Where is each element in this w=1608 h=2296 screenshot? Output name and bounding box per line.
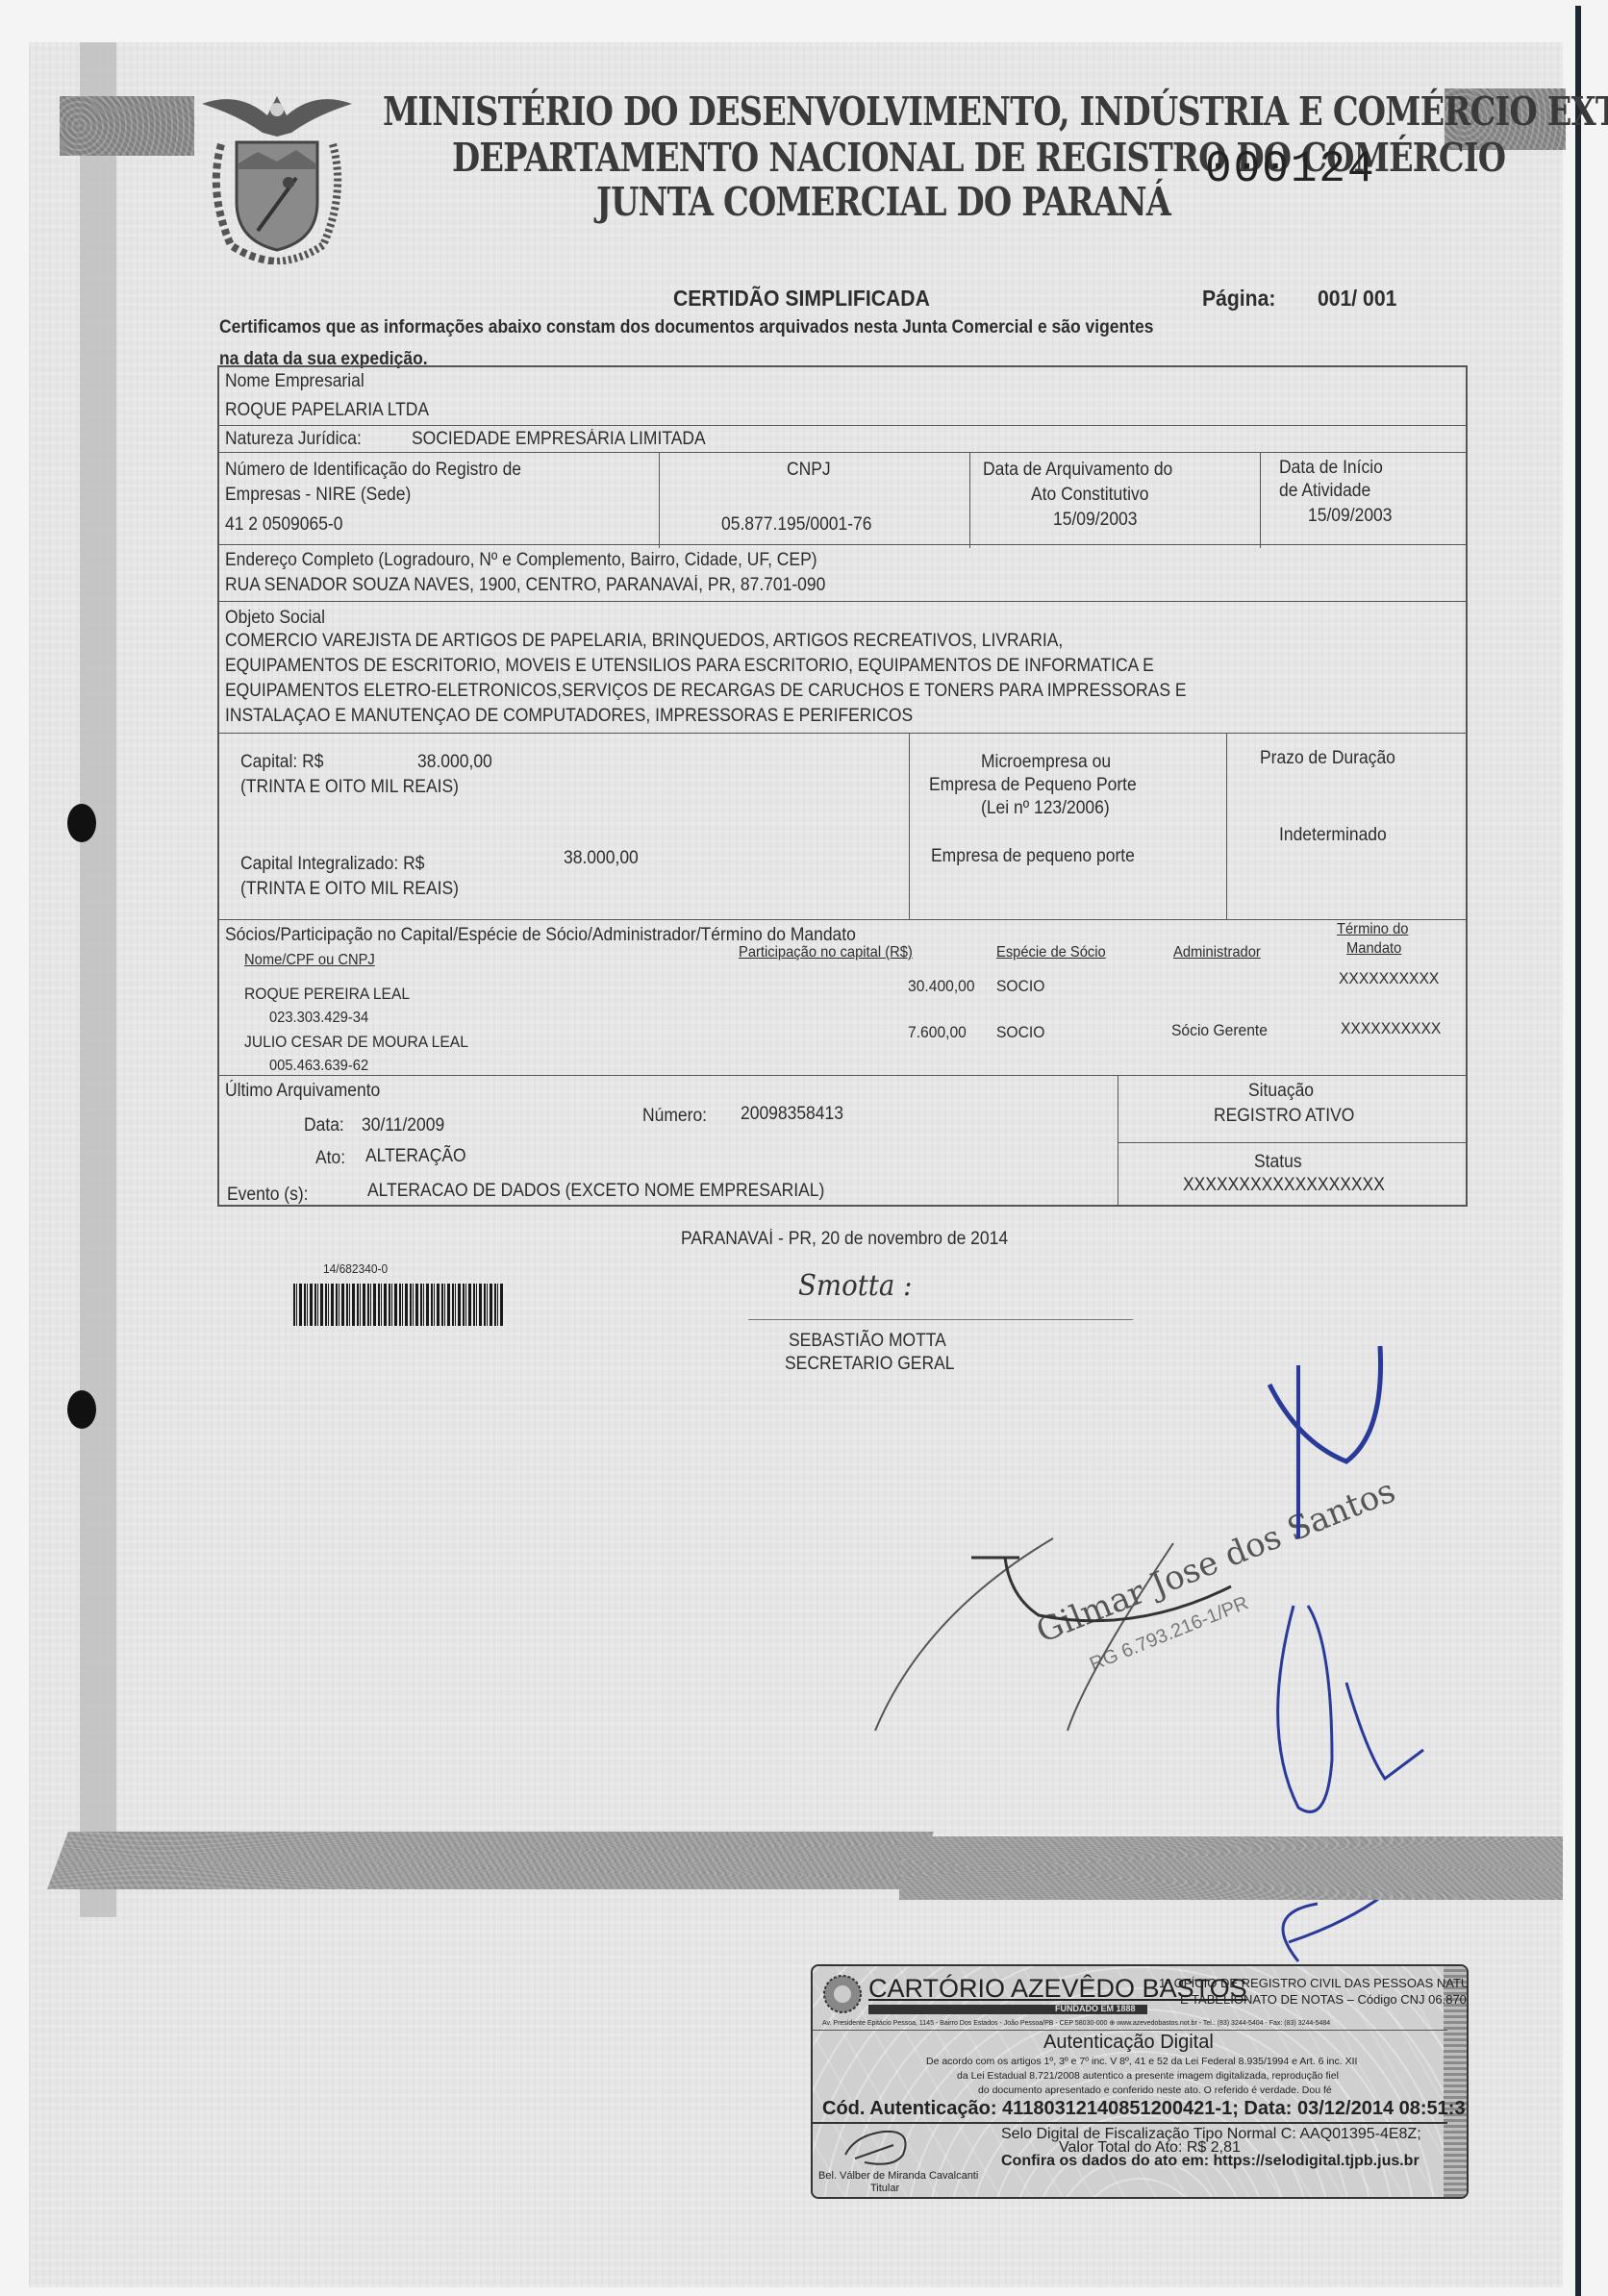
scan-edge [1575, 6, 1581, 2296]
divider [217, 601, 1468, 602]
last-filing-label: Último Arquivamento [225, 1081, 380, 1102]
start-date-value: 15/09/2003 [1308, 506, 1392, 527]
col-term: Término do [1337, 921, 1408, 938]
auth-code: Cód. Autenticação: 41180312140851200421-… [822, 2098, 1469, 2120]
cnpj-label: CNPJ [787, 460, 831, 481]
partner-doc: 023.303.429-34 [269, 1010, 368, 1027]
parana-coat-of-arms-icon [200, 87, 354, 264]
partner-doc: 005.463.639-62 [269, 1058, 368, 1075]
security-band-bottom-left [47, 1832, 934, 1889]
punch-hole [67, 804, 96, 842]
notary-address: Av. Presidente Epitácio Pessoa, 1145 - B… [822, 2019, 1330, 2027]
col-type: Espécie de Sócio [996, 944, 1106, 961]
col-name: Nome/CPF ou CNPJ [244, 952, 375, 969]
divider [1260, 452, 1261, 548]
col-share: Participação no capital (R$) [739, 944, 913, 961]
act-value: ALTERAÇÃO [365, 1146, 466, 1167]
sheet-number-stamp: 000124 [1205, 144, 1376, 194]
capital-words: (TRINTA E OITO MIL REAIS) [240, 777, 459, 798]
filing-date-label-2: Ato Constitutivo [1031, 485, 1148, 506]
signature-line [748, 1319, 1133, 1320]
notary-signature-icon [836, 2126, 922, 2168]
purpose-label: Objeto Social [225, 608, 325, 629]
partner-admin: Sócio Gerente [1171, 1021, 1268, 1040]
place-date: PARANAVAÍ - PR, 20 de novembro de 2014 [681, 1229, 1008, 1250]
duration-value: Indeterminado [1279, 825, 1387, 846]
intro-text-1: Certificamos que as informações abaixo c… [219, 317, 1153, 338]
punch-hole [67, 1390, 96, 1429]
events-label: Evento (s): [227, 1185, 309, 1206]
company-size-value: Empresa de pequeno porte [931, 846, 1135, 867]
events-value: ALTERACAO DE DADOS (EXCETO NOME EMPRESAR… [367, 1181, 824, 1202]
paid-capital-words: (TRINTA E OITO MIL REAIS) [240, 879, 459, 900]
company-name-value: ROQUE PAPELARIA LTDA [225, 400, 429, 421]
notary-officer-name: Bel. Válber de Miranda Cavalcanti [818, 2170, 978, 2182]
divider [909, 733, 910, 920]
partner-type: SOCIO [996, 1023, 1044, 1042]
partners-section-title: Sócios/Participação no Capital/Espécie d… [225, 925, 856, 946]
notary-officer-role: Titular [870, 2183, 899, 2194]
table-border-top [217, 365, 1468, 367]
certificate-title: CERTIDÃO SIMPLIFICADA [673, 286, 930, 312]
ministry-title: MINISTÉRIO DO DESENVOLVIMENTO, INDÚSTRIA… [383, 88, 1608, 135]
divider [1118, 1142, 1468, 1143]
nire-label: Número de Identificação do Registro de [225, 460, 521, 481]
security-pattern-left [60, 96, 194, 156]
partner-term: XXXXXXXXXX [1339, 969, 1439, 988]
divider [1118, 1075, 1118, 1207]
partner-name: ROQUE PEREIRA LEAL [244, 985, 410, 1004]
divider [969, 452, 970, 548]
partner-share: 7.600,00 [908, 1023, 967, 1042]
cnpj-value: 05.877.195/0001-76 [721, 514, 872, 536]
situation-label: Situação [1248, 1081, 1314, 1102]
board-title: JUNTA COMERCIAL DO PARANÁ [596, 179, 1170, 225]
divider [813, 2122, 1447, 2124]
purpose-line: COMERCIO VAREJISTA DE ARTIGOS DE PAPELAR… [225, 631, 1063, 652]
address-value: RUA SENADOR SOUZA NAVES, 1900, CENTRO, P… [225, 575, 825, 596]
paid-capital-value: 38.000,00 [564, 848, 639, 869]
partner-share: 30.400,00 [908, 977, 975, 996]
partner-type: SOCIO [996, 977, 1044, 996]
status-value: XXXXXXXXXXXXXXXXXX [1183, 1175, 1385, 1196]
notary-seal-icon [822, 1974, 863, 2014]
auth-title: Autenticação Digital [1043, 2032, 1214, 2054]
divider [217, 1075, 1468, 1076]
partner-term: XXXXXXXXXX [1341, 1019, 1441, 1038]
status-label: Status [1254, 1152, 1302, 1173]
table-border-left [217, 365, 219, 1207]
notary-founded: FUNDADO EM 1888 [1055, 2004, 1136, 2013]
auth-text-2: da Lei Estadual 8.721/2008 autentico a p… [957, 2070, 1339, 2082]
barcode-number: 14/682340-0 [323, 1261, 388, 1276]
divider [1226, 733, 1227, 920]
purpose-line: INSTALAÇAO E MANUTENÇAO DE COMPUTADORES,… [225, 706, 913, 727]
notary-office-line-1: 1º OFÍCIO DE REGISTRO CIVIL DAS PESSOAS … [1159, 1976, 1469, 1990]
notary-office-line-2: E TABELIONATO DE NOTAS – Código CNJ 06.8… [1180, 1992, 1469, 2007]
filing-number-value: 20098358413 [741, 1104, 843, 1125]
notary-authentication-stamp: CARTÓRIO AZEVÊDO BASTOS FUNDADO EM 1888 … [811, 1964, 1469, 2199]
company-name-label: Nome Empresarial [225, 371, 364, 392]
purpose-line: EQUIPAMENTOS DE ESCRITORIO, MOVEIS E UTE… [225, 656, 1154, 677]
security-band-bottom-right [899, 1836, 1563, 1900]
legal-nature-label: Natureza Jurídica: [225, 429, 362, 450]
signature-motta: Smotta : [798, 1269, 912, 1303]
page-value: 001/ 001 [1318, 286, 1396, 312]
col-admin: Administrador [1173, 944, 1261, 961]
start-date-label-2: de Atividade [1279, 481, 1370, 502]
capital-label: Capital: R$ [240, 752, 323, 773]
company-size-label-3: (Lei nº 123/2006) [981, 798, 1110, 819]
security-band-vertical [80, 42, 116, 1917]
divider [217, 544, 1468, 545]
filing-date-label: Data: [304, 1115, 344, 1136]
filing-date-value: 15/09/2003 [1053, 510, 1137, 531]
act-label: Ato: [315, 1148, 345, 1169]
barcode [293, 1284, 503, 1326]
company-size-label: Microempresa ou [981, 752, 1111, 773]
divider [217, 452, 1468, 453]
divider [217, 733, 1468, 734]
auth-text-1: De acordo com os artigos 1º, 3º e 7º inc… [926, 2056, 1357, 2067]
divider [217, 425, 1468, 426]
duration-label: Prazo de Duração [1260, 748, 1395, 769]
auth-text-3: do documento apresentado e conferido nes… [978, 2084, 1332, 2096]
divider [813, 2030, 1447, 2031]
filing-date-label: Data de Arquivamento do [983, 460, 1172, 481]
purpose-line: EQUIPAMENTOS ELETRO-ELETRONICOS,SERVIÇOS… [225, 681, 1186, 702]
divider [659, 452, 660, 548]
table-border-bottom [217, 1205, 1468, 1207]
nire-value: 41 2 0509065-0 [225, 514, 342, 536]
partner-name: JULIO CESAR DE MOURA LEAL [244, 1033, 468, 1052]
page-label: Página: [1202, 286, 1275, 312]
legal-nature-value: SOCIEDADE EMPRESÁRIA LIMITADA [412, 429, 706, 450]
paid-capital-label: Capital Integralizado: R$ [240, 854, 424, 875]
situation-value: REGISTRO ATIVO [1214, 1106, 1354, 1127]
col-term-2: Mandato [1346, 940, 1401, 958]
filing-number-label: Número: [642, 1106, 707, 1127]
filing-date-value: 30/11/2009 [362, 1115, 444, 1136]
table-border-right [1466, 365, 1468, 1207]
nire-label-2: Empresas - NIRE (Sede) [225, 485, 411, 506]
divider [217, 919, 1468, 920]
verify-link[interactable]: Confira os dados do ato em: https://selo… [1001, 2153, 1420, 2170]
company-size-label-2: Empresa de Pequeno Porte [929, 775, 1137, 796]
address-label: Endereço Completo (Logradouro, Nº e Comp… [225, 550, 817, 571]
start-date-label: Data de Início [1279, 458, 1383, 479]
capital-value: 38.000,00 [417, 752, 492, 773]
